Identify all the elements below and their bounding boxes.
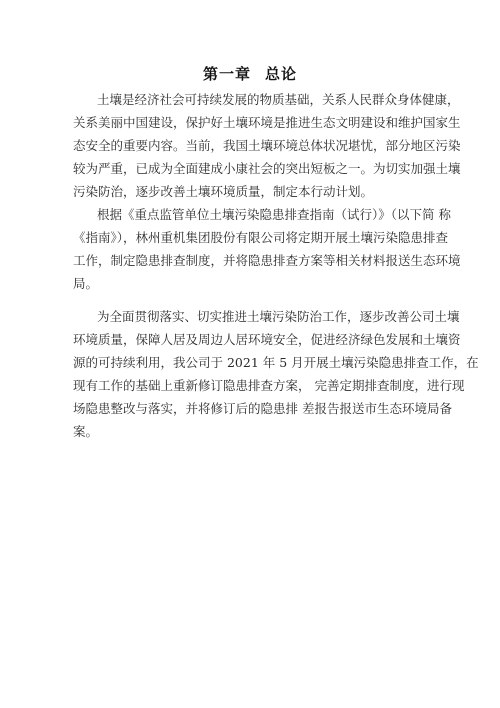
paragraph-1-line-1: 土壤是经济社会可持续发展的物质基础，关系人民群众身体健康， xyxy=(97,90,460,110)
paragraph-1-line-4: 较为严重，已成为全面建成小康社会的突出短板之一。为切实加强土壤 xyxy=(73,159,461,179)
chapter-number: 第一章 xyxy=(203,65,251,83)
paragraph-1-line-2: 关系美丽中国建设，保护好土壤环境是推进生态文明建设和维护国家生 xyxy=(73,113,461,133)
chapter-title: 第一章总论 xyxy=(0,63,500,84)
paragraph-2-line-1: 根据《重点监管单位土壤污染隐患排查指南（试行）》（以下简 称 xyxy=(97,205,451,225)
chapter-name: 总论 xyxy=(265,65,297,83)
paragraph-1-line-5: 污染防治，逐步改善土壤环境质量，制定本行动计划。 xyxy=(73,182,373,202)
paragraph-2-line-3: 工作，制定隐患排查制度，并将隐患排查方案等相关材料报送生态环境 xyxy=(73,251,461,271)
paragraph-3-line-6: 案。 xyxy=(73,422,98,442)
paragraph-2-line-2: 《指南》），林州重机集团股份有限公司将定期开展土壤污染隐患排查 xyxy=(73,228,448,248)
paragraph-1-line-3: 态安全的重要内容。当前，我国土壤环境总体状况堪忧，部分地区污染 xyxy=(73,136,461,156)
paragraph-3-line-3: 源的可持续利用，我公司于 2021 年 5 月开展土壤污染隐患排查工作，在 xyxy=(73,353,479,373)
document-page: 第一章总论 土壤是经济社会可持续发展的物质基础，关系人民群众身体健康， 关系美丽… xyxy=(0,0,500,708)
paragraph-3-line-5: 场隐患整改与落实，并将修订后的隐患排 差报告报送市生态环境局备 xyxy=(73,399,452,419)
paragraph-3-line-4: 现有工作的基础上重新修订隐患排查方案， 完善定期排查制度，进行现 xyxy=(73,376,464,396)
paragraph-3-line-1: 为全面贯彻落实、切实推进土壤污染防治工作，逐步改善公司土壤 xyxy=(97,307,460,327)
paragraph-2-line-4: 局。 xyxy=(73,274,98,294)
paragraph-3-line-2: 环境质量，保障人居及周边人居环境安全，促进经济绿色发展和土壤资 xyxy=(73,330,461,350)
